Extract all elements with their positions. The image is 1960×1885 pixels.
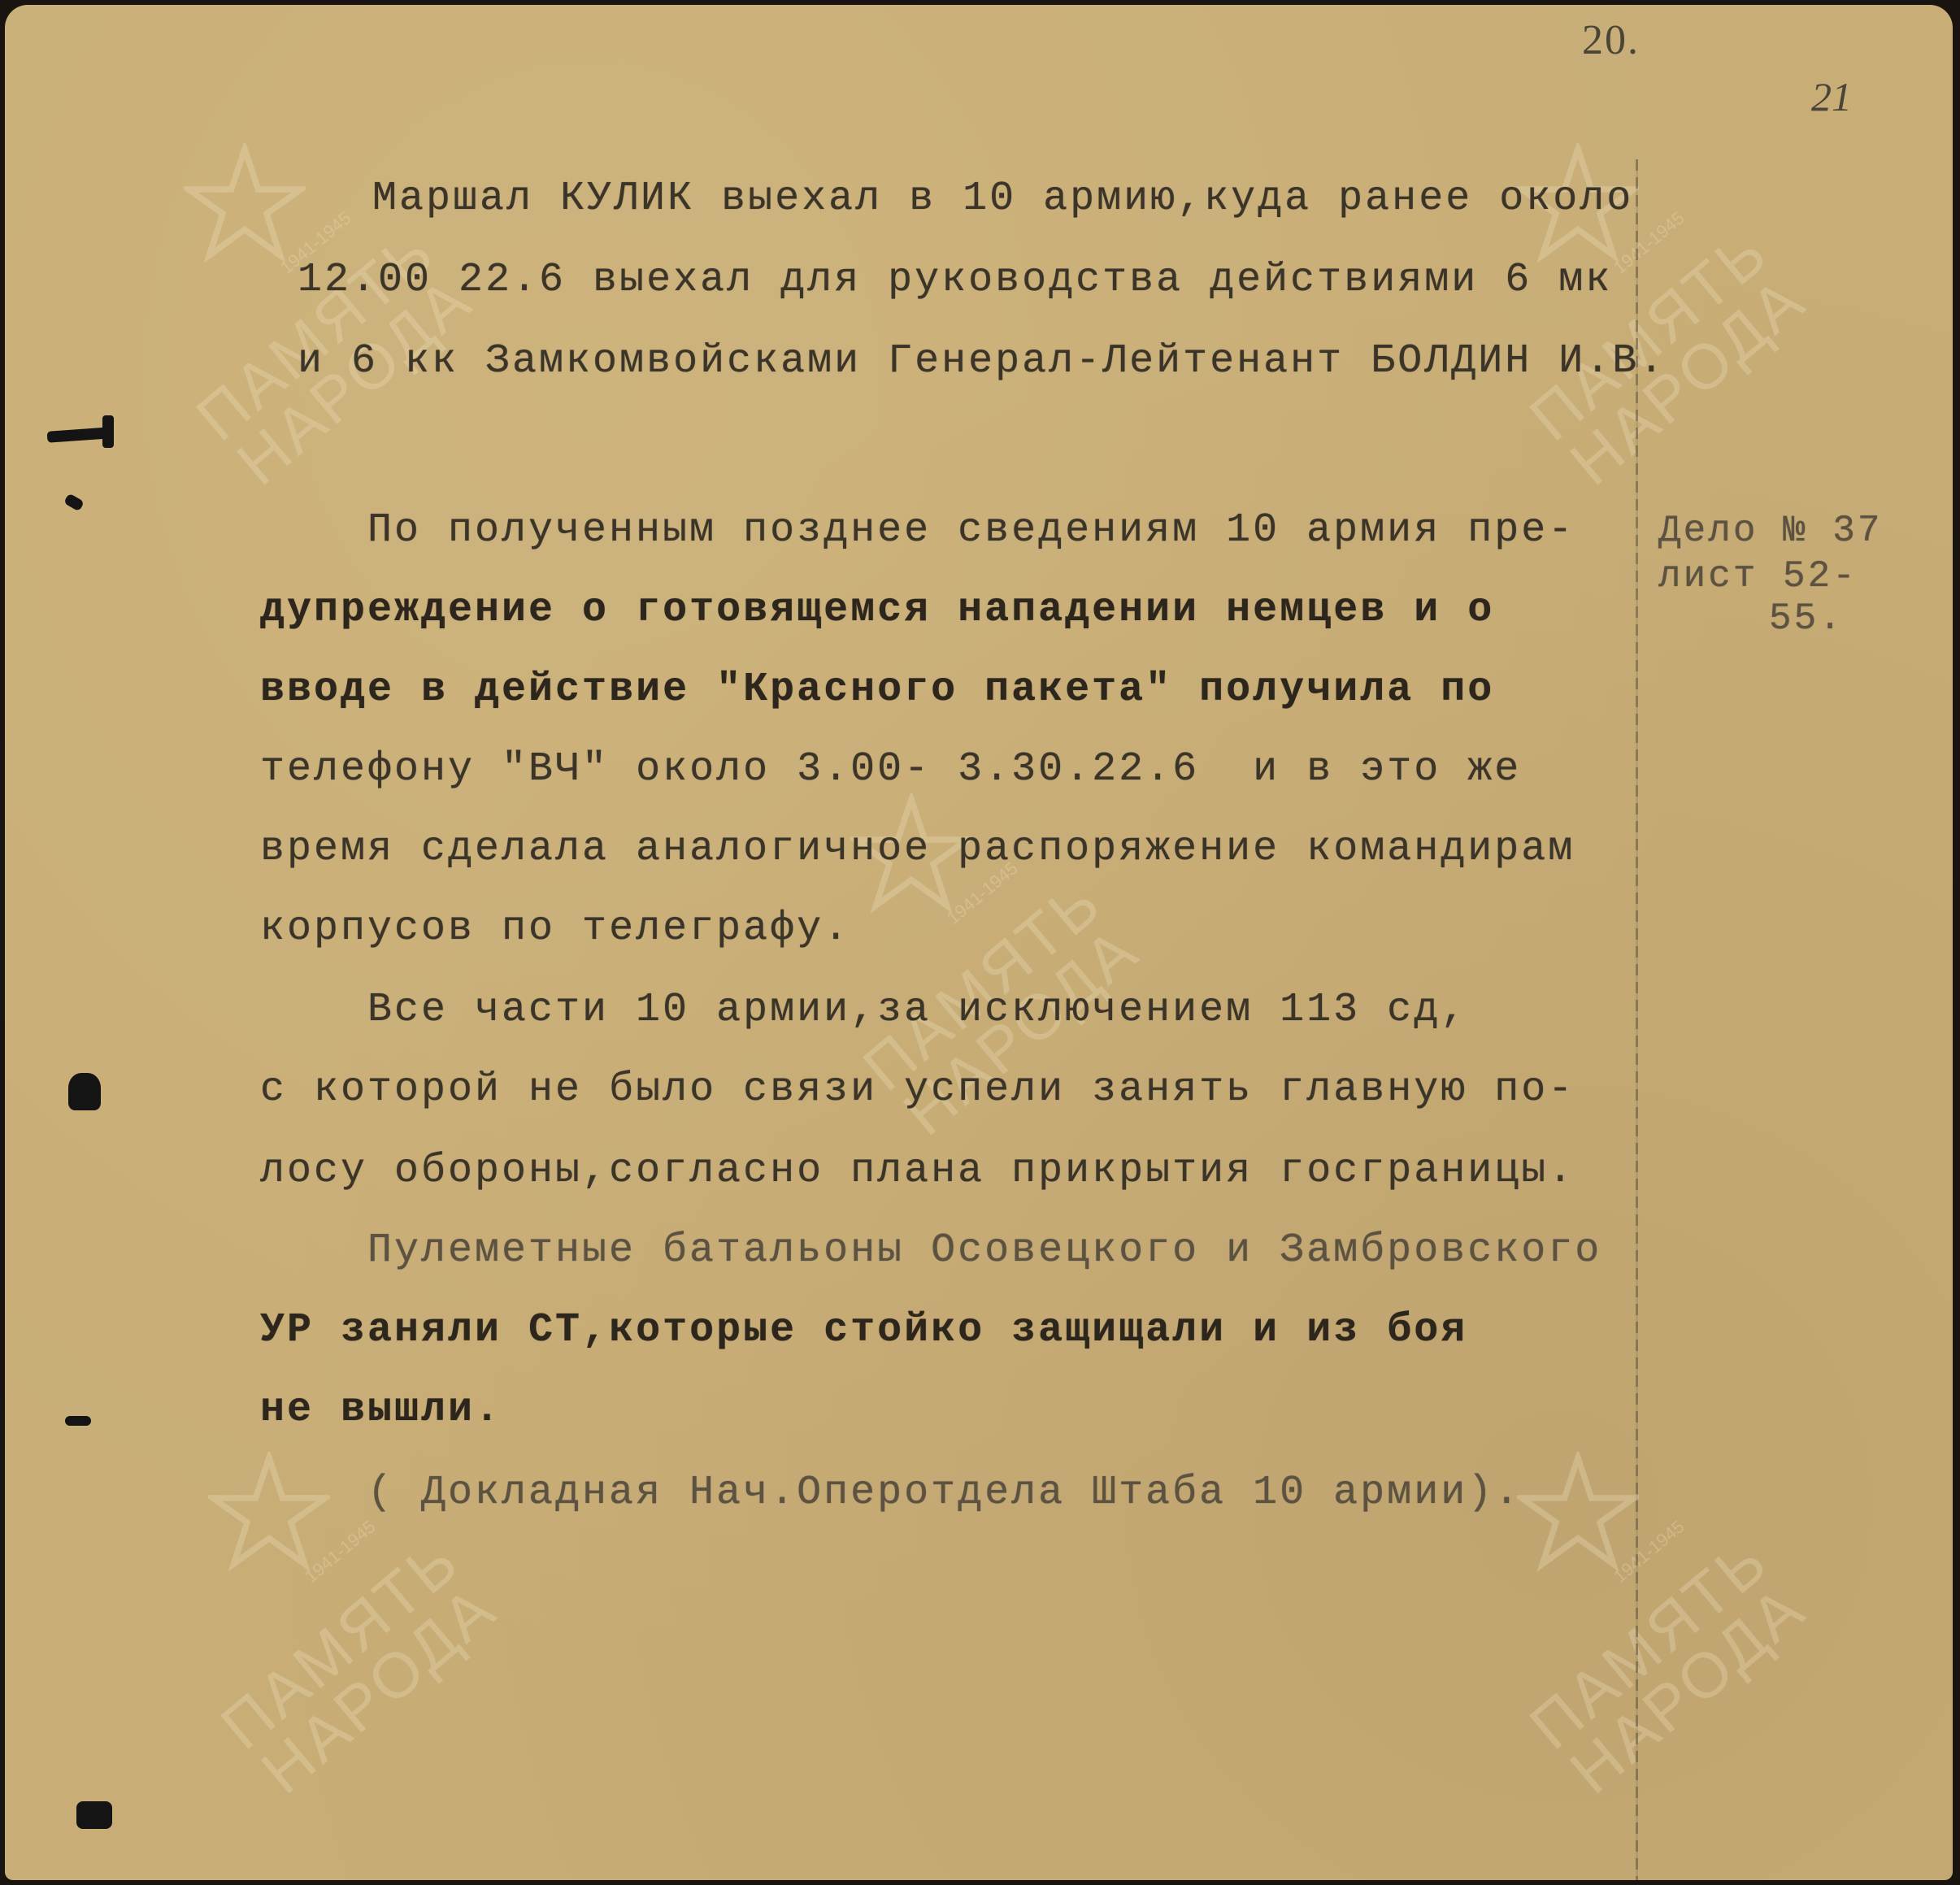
stamped-page-number: 20. xyxy=(1582,16,1640,64)
text-line: дупреждение о готовящемся нападении немц… xyxy=(260,590,1494,631)
watermark-line1: ПАМЯТЬ xyxy=(1520,1528,1778,1758)
watermark: 1941-1945 ПАМЯТЬНАРОДА xyxy=(1493,1444,1867,1818)
text-line: Пулеметные батальоны Осовецкого и Замбро… xyxy=(367,1231,1601,1271)
margin-note-sheet: лист 52- xyxy=(1658,558,1858,595)
document-page: 1941-1945 ПАМЯТЬНАРОДА 1941-1945 ПАМЯТЬН… xyxy=(5,5,1953,1880)
handwritten-page-number: 21 xyxy=(1811,73,1852,120)
star-icon xyxy=(1517,1452,1639,1574)
text-line: 12.00 22.6 выехал для руководства действ… xyxy=(298,260,1612,301)
text-line: Маршал КУЛИК выехал в 10 армию,куда ране… xyxy=(372,179,1633,219)
text-line: ( Докладная Нач.Оперотдела Штаба 10 арми… xyxy=(367,1473,1521,1514)
text-line: корпусов по телеграфу. xyxy=(260,909,850,949)
watermark-line1: ПАМЯТЬ xyxy=(211,1528,469,1758)
star-icon xyxy=(184,143,306,265)
watermark-line2: НАРОДА xyxy=(250,1574,507,1805)
watermark-years: 1941-1945 xyxy=(301,1516,380,1587)
star-icon xyxy=(208,1452,330,1574)
text-line: вводе в действие "Красного пакета" получ… xyxy=(260,670,1494,710)
margin-note-file: Дело № 37 xyxy=(1658,512,1882,549)
watermark-line1: ПАМЯТЬ xyxy=(187,219,445,450)
margin-line xyxy=(1636,159,1638,1880)
watermark-line1: ПАМЯТЬ xyxy=(1520,219,1778,450)
text-line: время сделала аналогичное распоряжение к… xyxy=(260,829,1575,870)
ink-mark xyxy=(102,415,114,448)
text-line: не вышли. xyxy=(260,1390,502,1431)
text-line: с которой не было связи успели занять гл… xyxy=(260,1070,1575,1110)
text-line: УР заняли СТ,которые стойко защищали и и… xyxy=(260,1310,1467,1351)
text-line: телефону "ВЧ" около 3.00- 3.30.22.6 и в … xyxy=(260,749,1521,790)
ink-mark xyxy=(63,493,85,511)
ink-mark xyxy=(76,1801,112,1829)
text-line: и 6 кк Замкомвойсками Генерал-Лейтенант … xyxy=(298,341,1666,382)
watermark-line1: ПАМЯТЬ xyxy=(854,870,1111,1100)
ink-mark xyxy=(68,1073,101,1110)
watermark-years: 1941-1945 xyxy=(1610,1516,1688,1587)
margin-note-sheet-end: 55. xyxy=(1769,600,1844,637)
ink-mark xyxy=(65,1416,91,1426)
text-line: лосу обороны,согласно плана прикрытия го… xyxy=(260,1151,1575,1192)
text-line: Все части 10 армии,за исключением 113 сд… xyxy=(367,990,1467,1031)
watermark-line2: НАРОДА xyxy=(1558,1574,1816,1805)
text-line: По полученным позднее сведениям 10 армия… xyxy=(367,510,1575,551)
